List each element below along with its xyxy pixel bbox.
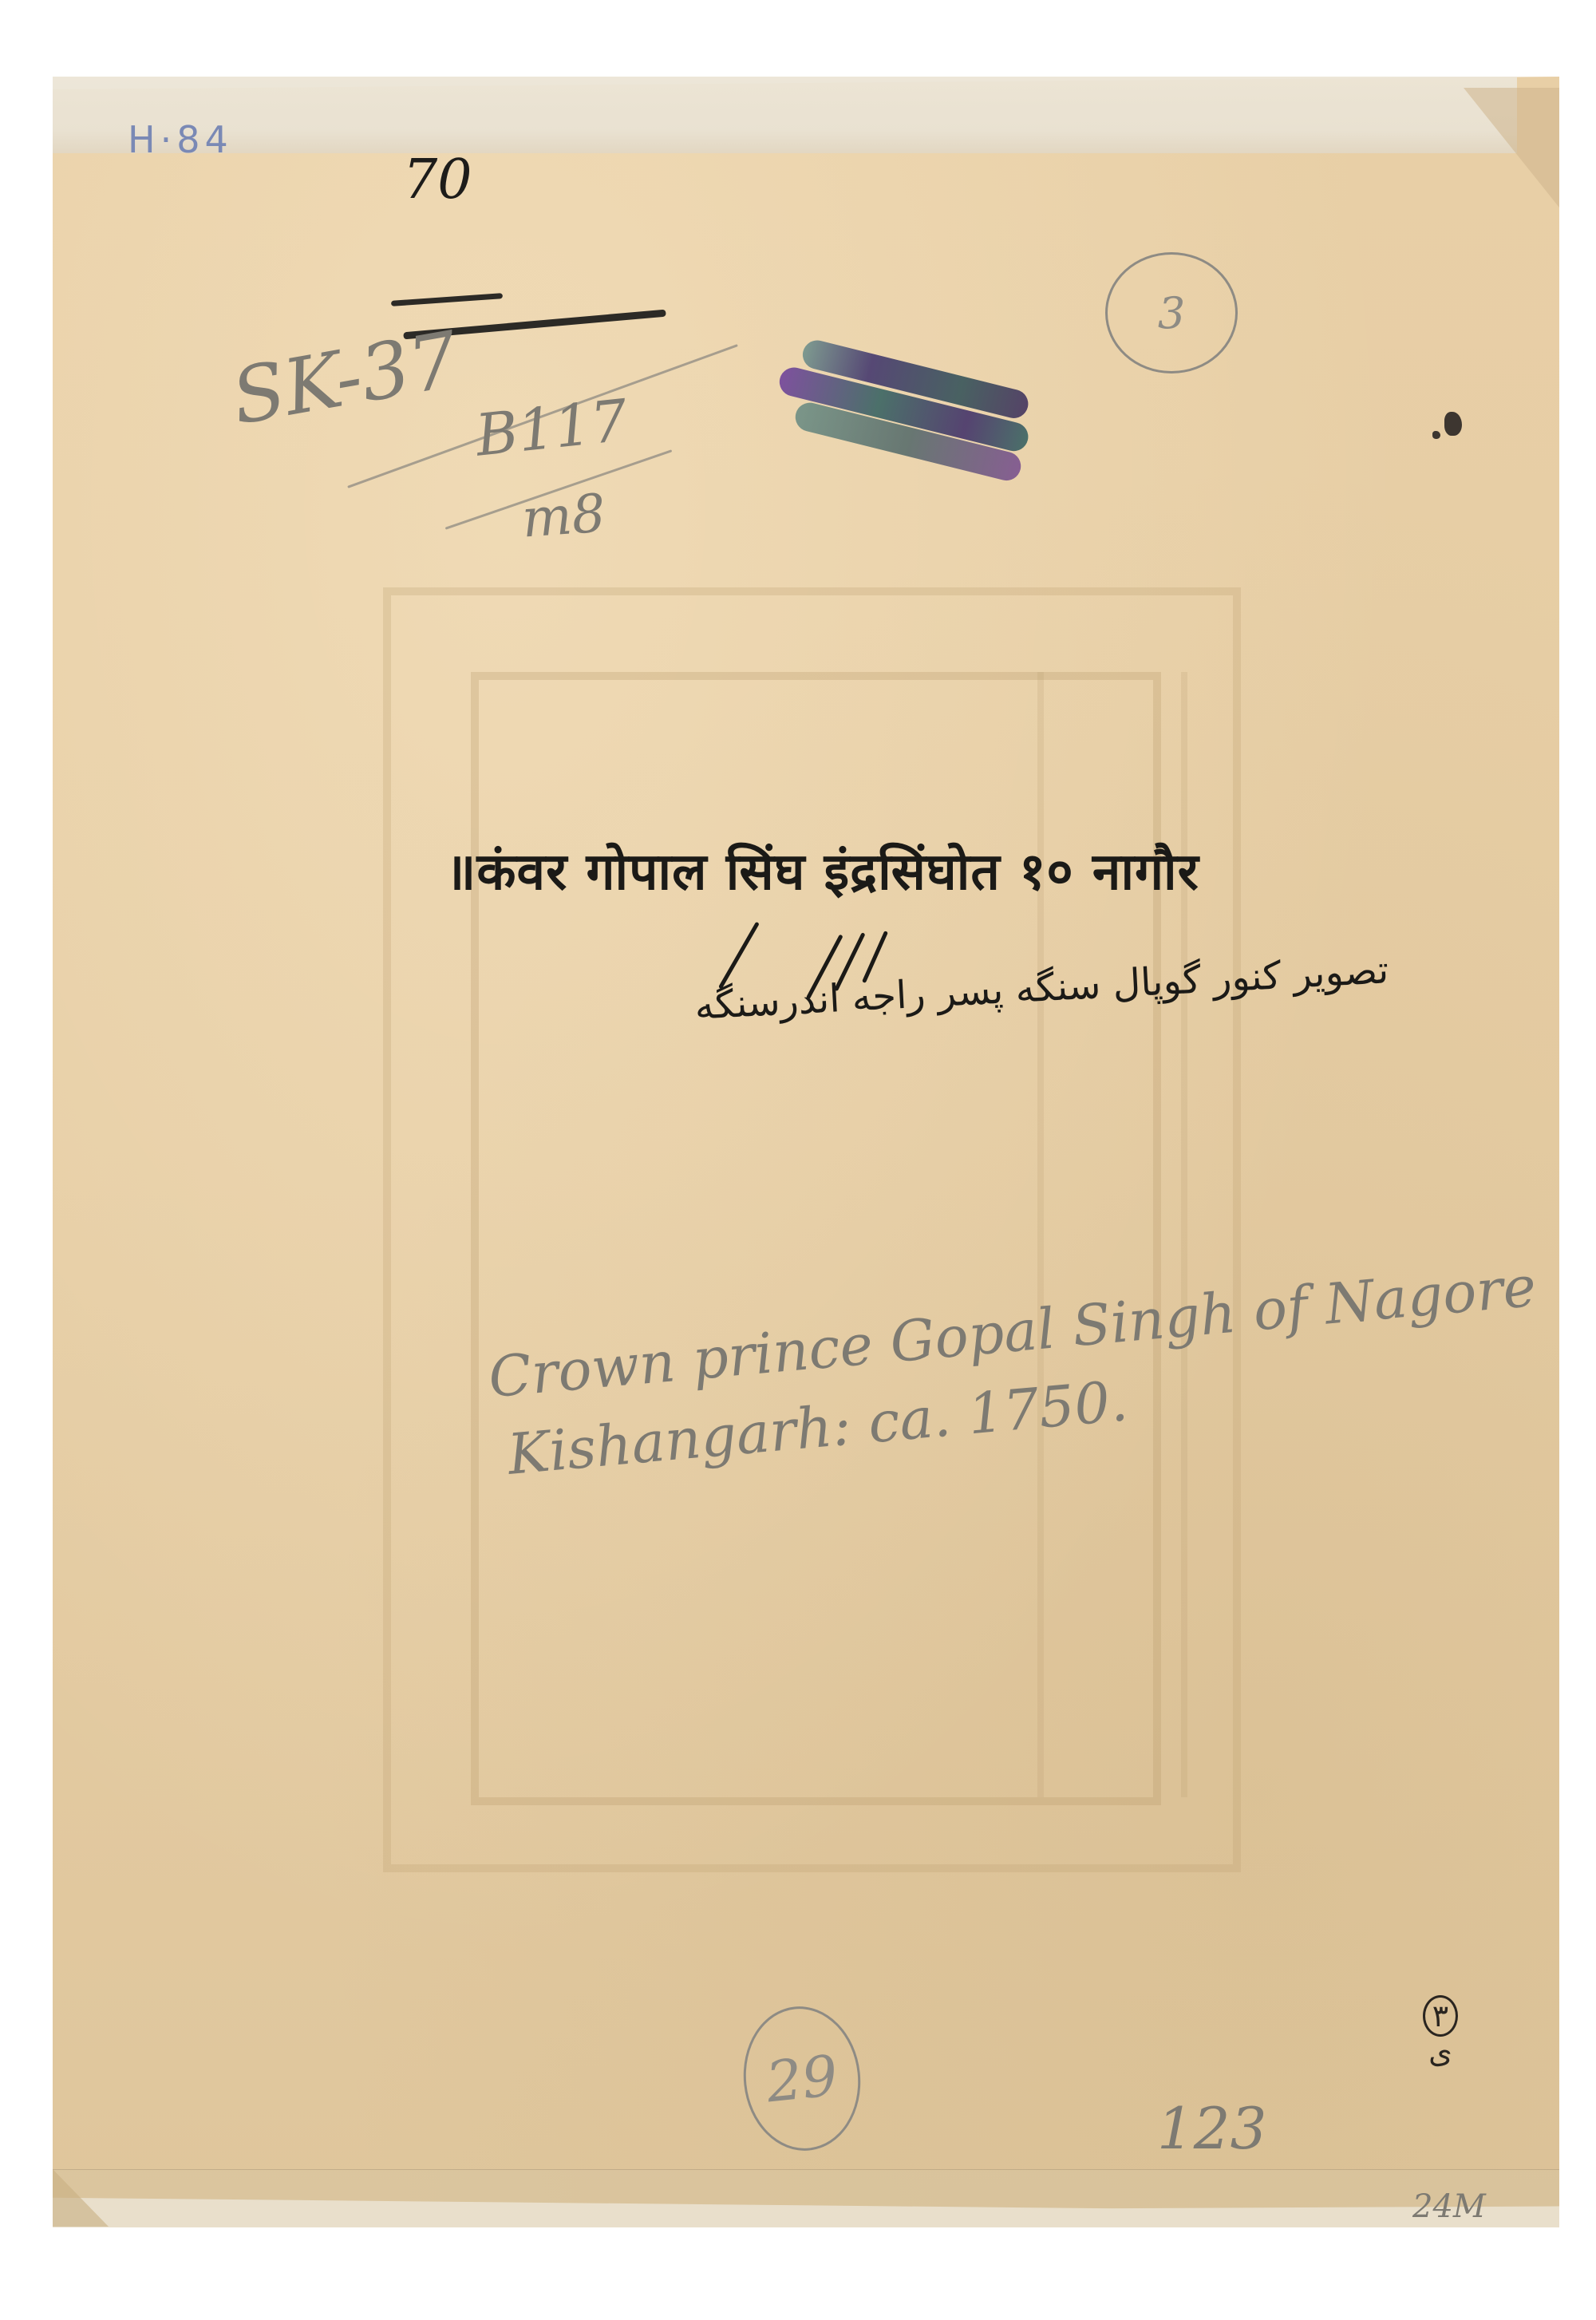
circled-number-bottom-value: 29 (763, 2042, 840, 2115)
ink-blot (1444, 412, 1462, 436)
devanagari-inscription: ॥कंवर गोपाल सिंघ इंद्रसिंघोत १० नागौर (445, 835, 1199, 904)
top-mounting-tape (53, 77, 1517, 153)
circled-number-top: 3 (1105, 252, 1238, 373)
circled-number-top-value: 3 (1158, 288, 1185, 338)
ink-number: 70 (403, 148, 472, 211)
bottom-left-corner-fold (53, 2169, 109, 2227)
top-right-corner-fold (1464, 88, 1559, 207)
ink-blot-dot (1432, 431, 1440, 439)
persian-circled-numeral: ۳ (1423, 1995, 1458, 2037)
persian-numeral-mark: ۳ ی (1423, 1995, 1458, 2069)
pencil-number-bottom: 123 (1157, 2095, 1266, 2162)
bottom-mounting-tape (53, 2169, 1559, 2227)
corner-reference: 24M (1412, 2188, 1486, 2225)
blue-pencil-reference: H·84 (128, 118, 233, 161)
persian-letter-below: ی (1428, 2034, 1452, 2069)
pencil-reference-m8: m8 (519, 482, 607, 549)
